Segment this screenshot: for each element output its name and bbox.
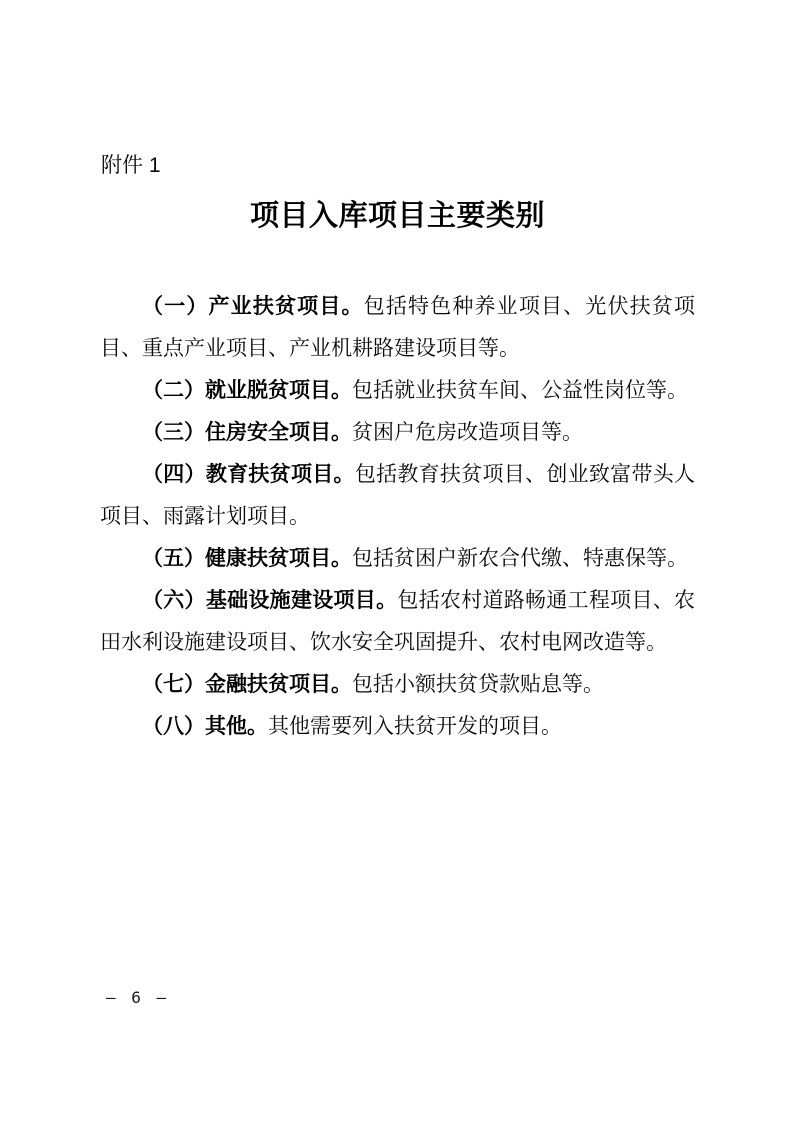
category-description: 包括贫困户新农合代缴、特惠保等。 (352, 546, 688, 570)
document-page: 附件 1 项目入库项目主要类别 （一）产业扶贫项目。包括特色种养业项目、光伏扶贫… (0, 0, 793, 1122)
category-label: （六）基础设施建设项目。 (142, 588, 397, 612)
category-item-6: （六）基础设施建设项目。包括农村道路畅通工程项目、农田水利设施建设项目、饮水安全… (100, 579, 695, 663)
category-description: 贫困户危房改造项目等。 (352, 420, 583, 444)
category-list: （一）产业扶贫项目。包括特色种养业项目、光伏扶贫项目、重点产业项目、产业机耕路建… (100, 285, 695, 747)
category-label: （七）金融扶贫项目。 (142, 672, 352, 696)
category-item-1: （一）产业扶贫项目。包括特色种养业项目、光伏扶贫项目、重点产业项目、产业机耕路建… (100, 285, 695, 369)
category-label: （一）产业扶贫项目。 (142, 294, 364, 318)
page-title: 项目入库项目主要类别 (100, 196, 695, 236)
category-item-2: （二）就业脱贫项目。包括就业扶贫车间、公益性岗位等。 (100, 369, 695, 411)
category-label: （二）就业脱贫项目。 (142, 378, 352, 402)
page-number: – 6 – (106, 988, 169, 1008)
category-description: 包括小额扶贫贷款贴息等。 (352, 672, 604, 696)
category-item-7: （七）金融扶贫项目。包括小额扶贫贷款贴息等。 (100, 663, 695, 705)
category-label: （八）其他。 (142, 714, 268, 738)
category-label: （四）教育扶贫项目。 (142, 462, 355, 486)
category-item-3: （三）住房安全项目。贫困户危房改造项目等。 (100, 411, 695, 453)
category-label: （三）住房安全项目。 (142, 420, 352, 444)
category-label: （五）健康扶贫项目。 (142, 546, 352, 570)
category-item-4: （四）教育扶贫项目。包括教育扶贫项目、创业致富带头人项目、雨露计划项目。 (100, 453, 695, 537)
attachment-label: 附件 1 (101, 153, 161, 179)
category-item-5: （五）健康扶贫项目。包括贫困户新农合代缴、特惠保等。 (100, 537, 695, 579)
category-description: 包括就业扶贫车间、公益性岗位等。 (352, 378, 688, 402)
category-description: 其他需要列入扶贫开发的项目。 (268, 714, 562, 738)
category-item-8: （八）其他。其他需要列入扶贫开发的项目。 (100, 705, 695, 747)
